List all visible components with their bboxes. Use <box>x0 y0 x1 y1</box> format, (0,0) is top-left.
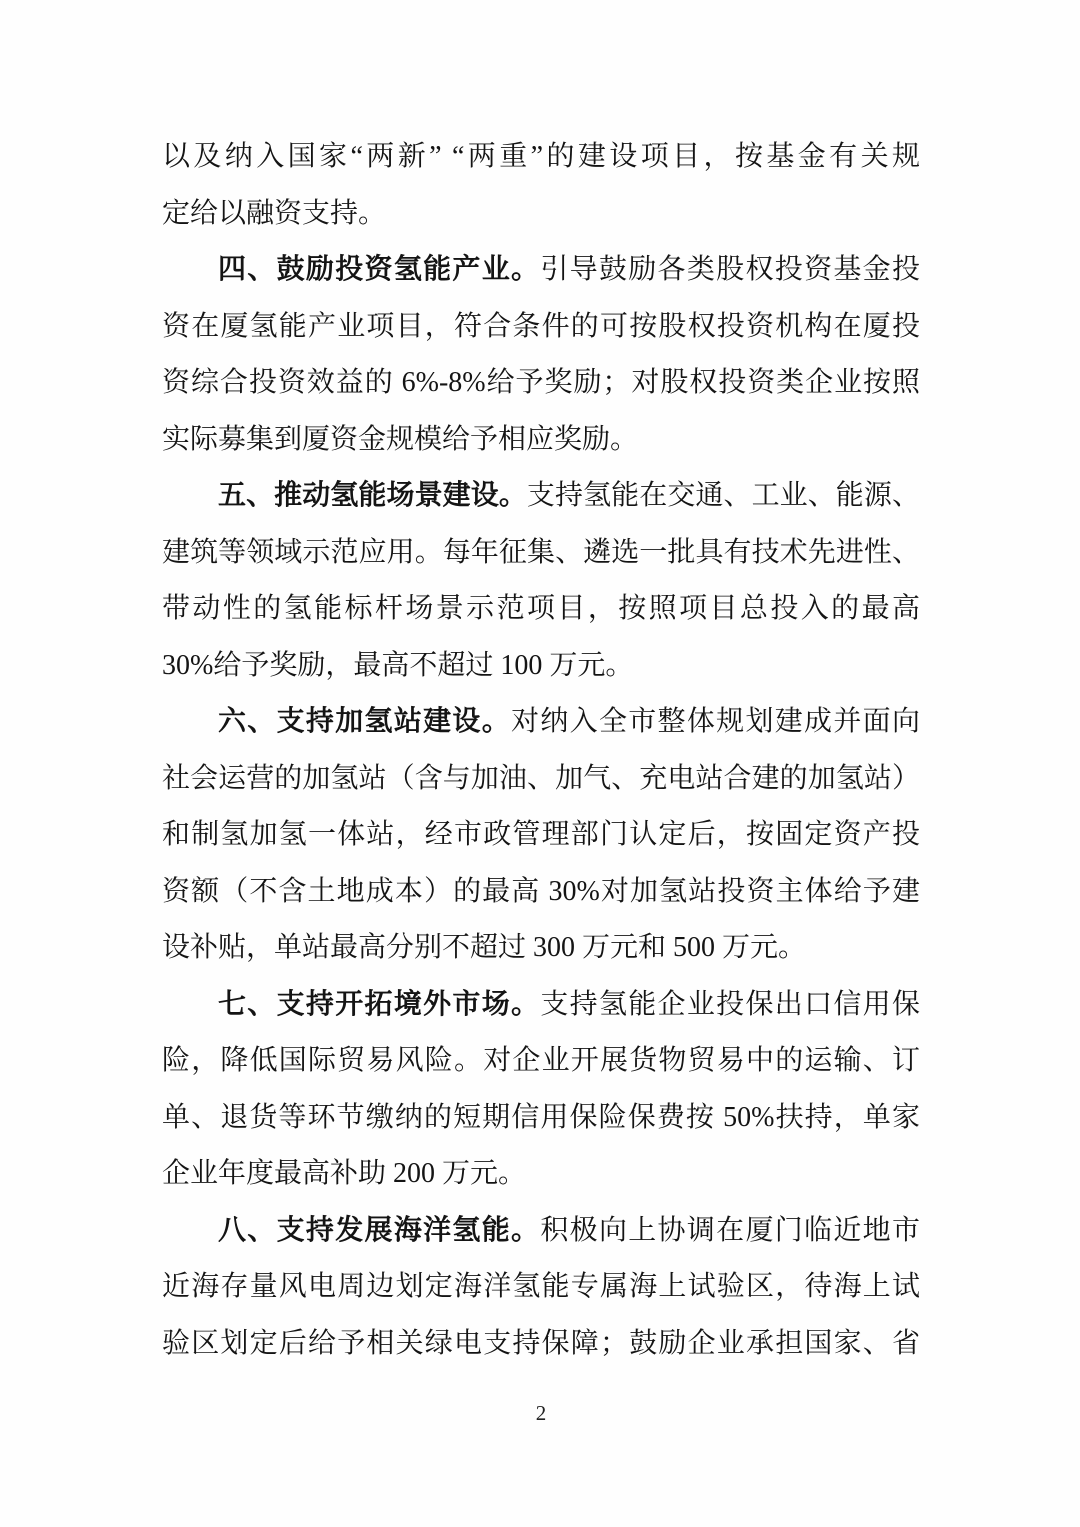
text-line: 资综合投资效益的 6%-8%给予奖励；对股权投资类企业按照 <box>162 355 920 412</box>
document-lines: 以及纳入国家“两新” “两重”的建设项目，按基金有关规定给以融资支持。四、鼓励投… <box>162 129 920 1372</box>
body-text: 对纳入全市整体规划建成并面向 <box>511 706 920 737</box>
text-line: 四、鼓励投资氢能产业。引导鼓励各类股权投资基金投 <box>162 242 920 299</box>
text-line: 五、推动氢能场景建设。支持氢能在交通、工业、能源、 <box>162 468 920 525</box>
section-heading-text: 八、支持发展海洋氢能。 <box>218 1215 540 1246</box>
body-text: 支持氢能企业投保出口信用保 <box>540 989 920 1020</box>
text-line: 七、支持开拓境外市场。支持氢能企业投保出口信用保 <box>162 977 920 1034</box>
text-line: 资额（不含土地成本）的最高 30%对加氢站投资主体给予建 <box>162 864 920 921</box>
text-line: 社会运营的加氢站（含与加油、加气、充电站合建的加氢站） <box>162 751 920 808</box>
text-line: 单、退货等环节缴纳的短期信用保险保费按 50%扶持，单家 <box>162 1090 920 1147</box>
document-page: 以及纳入国家“两新” “两重”的建设项目，按基金有关规定给以融资支持。四、鼓励投… <box>0 0 1080 1527</box>
body-text: 以及纳入国家“两新” “两重”的建设项目，按基金有关规 <box>162 141 920 172</box>
text-line: 建筑等领域示范应用。每年征集、遴选一批具有技术先进性、 <box>162 525 920 582</box>
body-text: 单、退货等环节缴纳的短期信用保险保费按 50%扶持，单家 <box>162 1102 920 1133</box>
body-text: 设补贴，单站最高分别不超过 300 万元和 500 万元。 <box>162 932 806 963</box>
text-line: 定给以融资支持。 <box>162 186 920 243</box>
body-text: 资在厦氢能产业项目，符合条件的可按股权投资机构在厦投 <box>162 311 920 342</box>
text-line: 八、支持发展海洋氢能。积极向上协调在厦门临近地市 <box>162 1203 920 1260</box>
body-text: 和制氢加氢一体站，经市政管理部门认定后，按固定资产投 <box>162 819 920 850</box>
section-heading-text: 七、支持开拓境外市场。 <box>218 989 540 1020</box>
text-line: 30%给予奖励，最高不超过 100 万元。 <box>162 638 920 695</box>
body-text: 资额（不含土地成本）的最高 30%对加氢站投资主体给予建 <box>162 876 920 907</box>
text-line: 近海存量风电周边划定海洋氢能专属海上试验区，待海上试 <box>162 1259 920 1316</box>
body-text: 30%给予奖励，最高不超过 100 万元。 <box>162 650 633 681</box>
body-text: 社会运营的加氢站（含与加油、加气、充电站合建的加氢站） <box>162 763 920 794</box>
section-heading-text: 五、推动氢能场景建设。 <box>218 480 527 511</box>
body-text: 引导鼓励各类股权投资基金投 <box>540 254 920 285</box>
body-text: 企业年度最高补助 200 万元。 <box>162 1158 526 1189</box>
body-text: 险，降低国际贸易风险。对企业开展货物贸易中的运输、订 <box>162 1045 920 1076</box>
body-text: 定给以融资支持。 <box>162 198 386 229</box>
body-text: 实际募集到厦资金规模给予相应奖励。 <box>162 424 638 455</box>
body-text: 近海存量风电周边划定海洋氢能专属海上试验区，待海上试 <box>162 1271 920 1302</box>
page-number: 2 <box>162 1398 920 1428</box>
text-line: 带动性的氢能标杆场景示范项目，按照项目总投入的最高 <box>162 581 920 638</box>
text-line: 和制氢加氢一体站，经市政管理部门认定后，按固定资产投 <box>162 807 920 864</box>
text-line: 六、支持加氢站建设。对纳入全市整体规划建成并面向 <box>162 694 920 751</box>
text-line: 险，降低国际贸易风险。对企业开展货物贸易中的运输、订 <box>162 1033 920 1090</box>
body-text: 验区划定后给予相关绿电支持保障；鼓励企业承担国家、省 <box>162 1328 920 1359</box>
body-text: 支持氢能在交通、工业、能源、 <box>527 480 920 511</box>
body-text: 积极向上协调在厦门临近地市 <box>540 1215 920 1246</box>
body-text: 建筑等领域示范应用。每年征集、遴选一批具有技术先进性、 <box>162 537 920 568</box>
text-line: 资在厦氢能产业项目，符合条件的可按股权投资机构在厦投 <box>162 299 920 356</box>
text-line: 实际募集到厦资金规模给予相应奖励。 <box>162 412 920 469</box>
text-line: 企业年度最高补助 200 万元。 <box>162 1146 920 1203</box>
section-heading-text: 四、鼓励投资氢能产业。 <box>218 254 540 285</box>
text-line: 验区划定后给予相关绿电支持保障；鼓励企业承担国家、省 <box>162 1316 920 1373</box>
body-text: 资综合投资效益的 6%-8%给予奖励；对股权投资类企业按照 <box>162 367 920 398</box>
body-text: 带动性的氢能标杆场景示范项目，按照项目总投入的最高 <box>162 593 920 624</box>
section-heading-text: 六、支持加氢站建设。 <box>218 706 511 737</box>
text-line: 以及纳入国家“两新” “两重”的建设项目，按基金有关规 <box>162 129 920 186</box>
text-line: 设补贴，单站最高分别不超过 300 万元和 500 万元。 <box>162 920 920 977</box>
